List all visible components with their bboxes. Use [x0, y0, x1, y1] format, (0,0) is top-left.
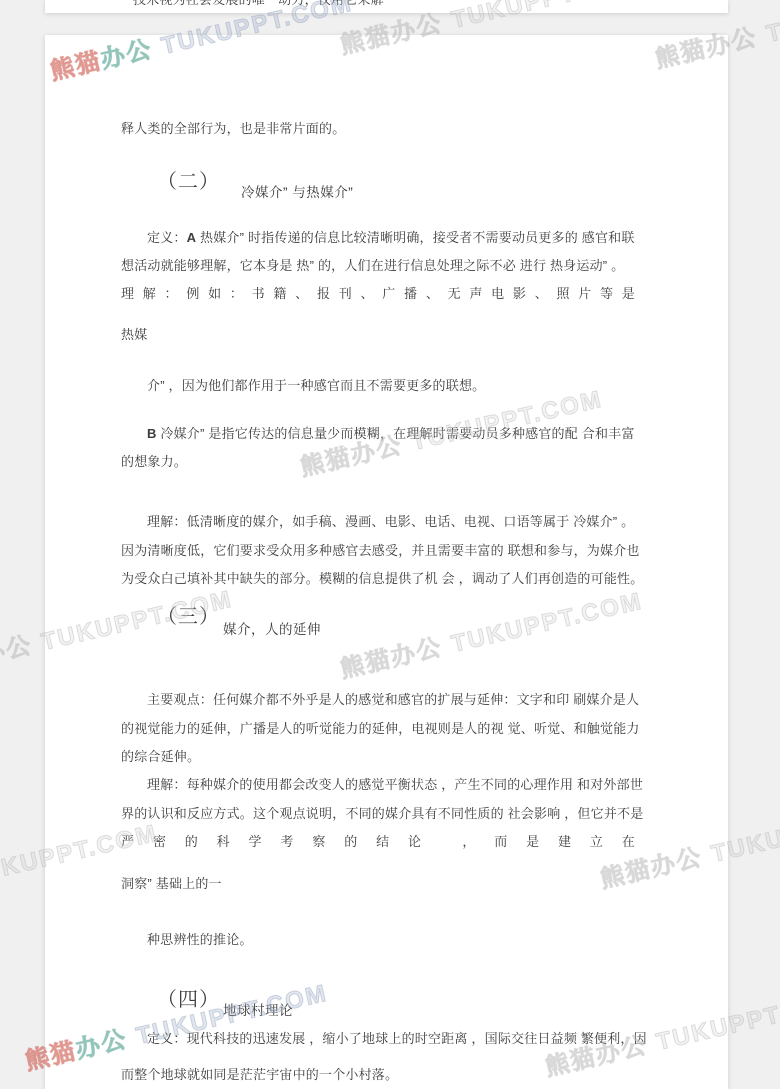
paragraph-line: 定义：A 热媒介” 时指传递的信息比较清晰明确，接受者不需要动员更多的 感官和联 — [121, 229, 661, 246]
paragraph-line-justified: 理解：例如：书籍、报刊、广播、无声电影、照片等是 — [121, 285, 635, 302]
paragraph-line: 因为清晰度低，它们要求受众用多种感官去感受，并且需要丰富的 联想和参与，为媒介也 — [121, 542, 635, 559]
paragraph-line: 界的认识和反应方式。这个观点说明，不同的媒介具有不同性质的 社会影响 ，但它并不… — [121, 805, 635, 822]
line-text: 热媒介” 时指传递的信息比较清晰明确，接受者不需要动员更多的 感官和联 — [196, 230, 634, 245]
clipped-text-line: 技术视为社会发展的唯一动力，仅用它来解 — [133, 0, 693, 8]
previous-page: 技术视为社会发展的唯一动力，仅用它来解 — [45, 0, 728, 13]
section2-marker: （二） — [157, 170, 220, 194]
paragraph-line-justified: 严密的科学考察的结论 ，而是建立在 — [121, 833, 635, 850]
line-text: 冷媒介” 是指它传达的信息量少而模糊，在理解时需要动员多种感官的配 合和丰富 — [157, 426, 635, 441]
paragraph-line: 而整个地球就如同是茫茫宇宙中的一个小村落。 — [121, 1066, 635, 1083]
paragraph-line: 的综合延伸。 — [121, 748, 635, 765]
section4-title: 地球村理论 — [223, 1002, 293, 1020]
text-line: 介” ，因为他们都作用于一种感官而且不需要更多的联想。 — [121, 377, 661, 394]
bold-letter-b: B — [147, 426, 157, 441]
paragraph-line: 想活动就能够理解，它本身是 热” 的，人们在进行信息处理之际不必 进行 热身运动… — [121, 257, 635, 274]
paragraph-line: 为受众白己填补其中缺失的部分。模糊的信息提供了机 会 ，调动了人们再创造的可能性… — [121, 570, 635, 587]
paragraph-line: 理解：低清晰度的媒介，如手稿、漫画、电影、电话、电视、口语等属于 冷媒介” 。 — [121, 513, 661, 530]
def-label: 定义： — [147, 230, 187, 245]
section3-title: 媒介，人的延伸 — [223, 621, 321, 639]
paragraph-line: 定义：现代科技的迅速发展 ，缩小了地球上的时空距离 ，国际交往日益频 繁便利，因 — [121, 1030, 661, 1047]
text-line: 热媒 — [121, 326, 635, 343]
paragraph-line: 理解：每种媒介的使用都会改变人的感觉平衡状态 ，产生不同的心理作用 和对外部世 — [121, 776, 661, 793]
paragraph-line: 的想象力。 — [121, 453, 635, 470]
bold-letter-a: A — [187, 230, 197, 245]
text-line: 释人类的全部行为，也是非常片面的。 — [121, 120, 635, 137]
text-line: 洞察” 基础上的一 — [121, 875, 635, 892]
section4-marker: （四） — [157, 988, 220, 1012]
text-line: 种思辨性的推论。 — [121, 931, 661, 948]
paragraph-line: 主要观点：任何媒介都不外乎是人的感觉和感官的扩展与延伸：文字和印 刷媒介是人 — [121, 691, 661, 708]
section3-marker: （三） — [157, 605, 220, 629]
section2-title: 冷媒介” 与热媒介” — [241, 184, 353, 202]
paragraph-line: B 冷媒介” 是指它传达的信息量少而模糊，在理解时需要动员多种感官的配 合和丰富 — [121, 425, 661, 442]
paragraph-line: 的视觉能力的延伸，广播是人的听觉能力的延伸，电视则是人的视 觉、听觉、和触觉能力 — [121, 720, 635, 737]
